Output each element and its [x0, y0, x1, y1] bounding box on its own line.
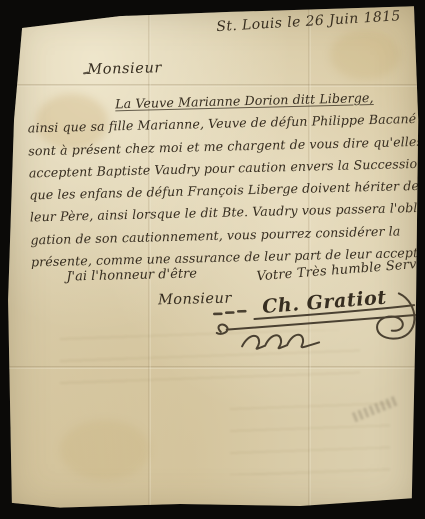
signature-paraph-icon — [206, 287, 422, 354]
photograph-of-letter: St. Louis le 26 Juin 1815 Monsieur La Ve… — [0, 0, 425, 519]
letter-body: La Veuve Marianne Dorion ditt Liberge, a… — [27, 86, 415, 274]
dateline: St. Louis le 26 Juin 1815 — [216, 8, 407, 35]
valediction: J'ai l'honneur d'être — [66, 266, 197, 284]
salutation: Monsieur — [87, 60, 162, 78]
letter-paper: St. Louis le 26 Juin 1815 Monsieur La Ve… — [0, 0, 425, 519]
